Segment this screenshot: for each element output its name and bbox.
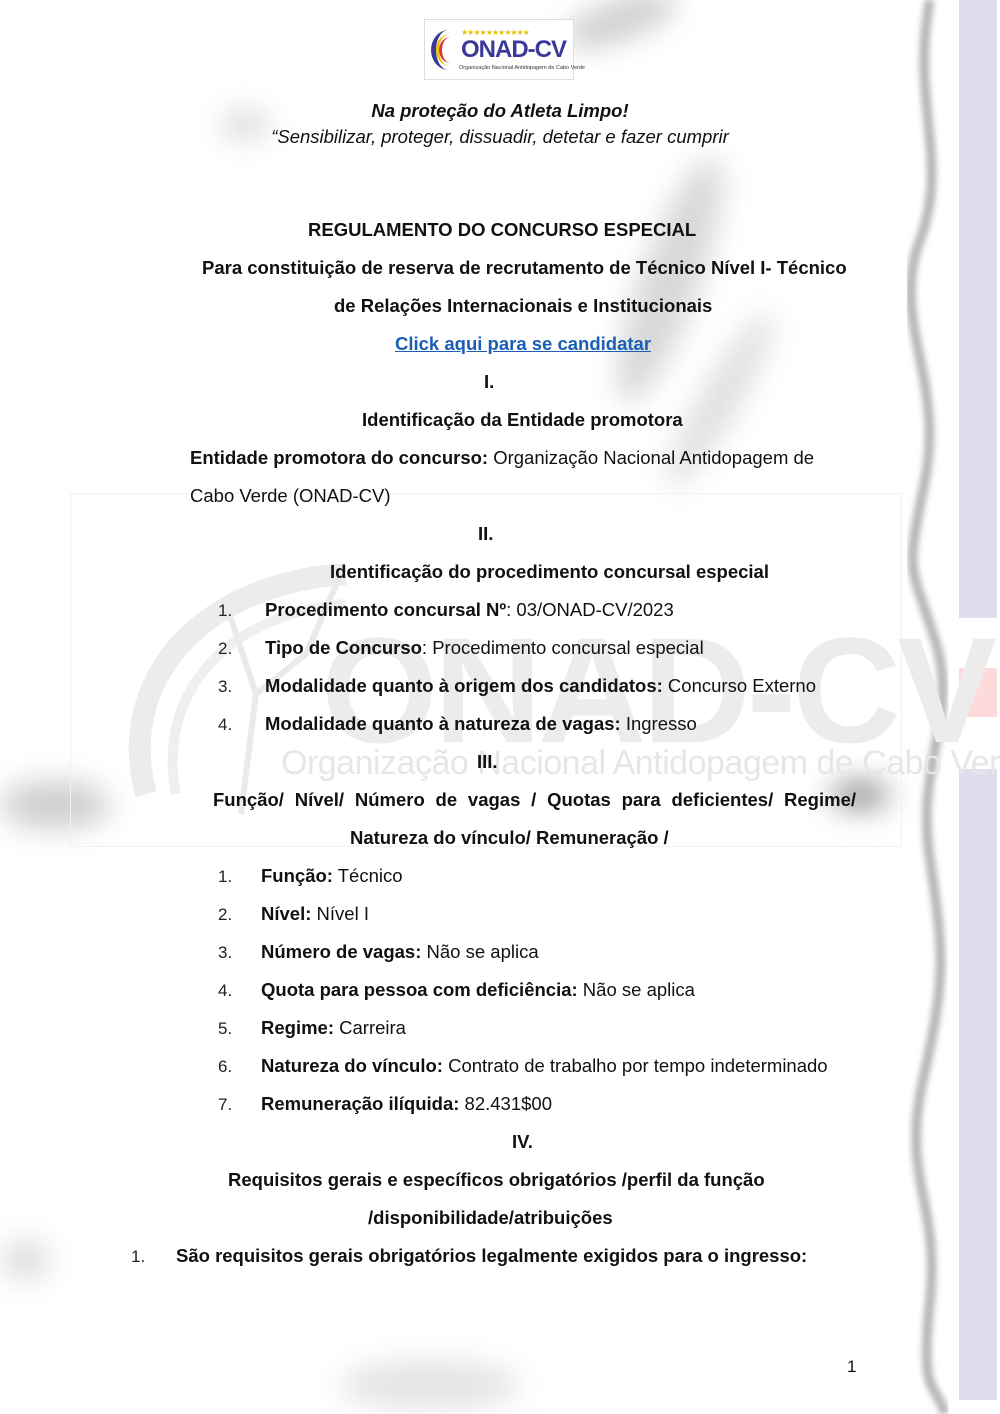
section-3-heading-line2: Natureza do vínculo/ Remuneração /	[350, 826, 669, 850]
list-item-label: Modalidade quanto à natureza de vagas:	[265, 713, 621, 734]
section-4-heading-line1: Requisitos gerais e específicos obrigató…	[228, 1168, 765, 1192]
list-item-number: 2.	[218, 903, 232, 927]
list-item-value: 82.431$00	[459, 1093, 552, 1114]
edge-strip-accent	[959, 668, 997, 717]
watermark-text: Organização Nacional Antidopagem de Cabo…	[281, 744, 1000, 783]
section-2-heading: Identificação do procedimento concursal …	[330, 560, 769, 584]
list-item-value: : Procedimento concursal especial	[422, 637, 704, 658]
section-4-heading-line2: /disponibilidade/atribuições	[368, 1206, 613, 1230]
list-item: Remuneração ilíquida: 82.431$00	[261, 1092, 552, 1116]
list-item: Modalidade quanto à natureza de vagas: I…	[265, 712, 697, 736]
list-item-number: 3.	[218, 941, 232, 965]
background-wave	[905, 0, 955, 1414]
document-title: REGULAMENTO DO CONCURSO ESPECIAL	[308, 218, 696, 242]
list-item-number: 1.	[218, 599, 232, 623]
list-item: Número de vagas: Não se aplica	[261, 940, 539, 964]
section-4-numeral: IV.	[512, 1130, 533, 1154]
list-item-label: Nível:	[261, 903, 311, 924]
list-item-number: 7.	[218, 1093, 232, 1117]
logo-brand: ONAD-CV	[461, 36, 566, 64]
list-item-label: Regime:	[261, 1017, 334, 1038]
list-item-value: Não se aplica	[421, 941, 538, 962]
list-item-number: 4.	[218, 979, 232, 1003]
list-item-value: Não se aplica	[578, 979, 695, 1000]
logo-subtitle: Organização Nacional Antidopagem de Cabo…	[459, 65, 585, 71]
requirements-item-text: São requisitos gerais obrigatórios legal…	[176, 1244, 807, 1268]
background-streak	[557, 0, 683, 59]
edge-strip	[959, 0, 997, 618]
list-item: Quota para pessoa com deficiência: Não s…	[261, 978, 695, 1002]
document-subtitle-line1: Para constituição de reserva de recrutam…	[202, 256, 847, 280]
list-item-label: Natureza do vínculo:	[261, 1055, 443, 1076]
background-streak	[0, 1240, 50, 1280]
list-item: Função: Técnico	[261, 864, 403, 888]
section-1-heading: Identificação da Entidade promotora	[362, 408, 683, 432]
motto-line2: “Sensibilizar, proteger, dissuadir, dete…	[0, 125, 1000, 149]
list-item: Modalidade quanto à origem dos candidato…	[265, 674, 816, 698]
list-item-label: Tipo de Concurso	[265, 637, 422, 658]
list-item-label: Número de vagas:	[261, 941, 421, 962]
background-streak	[0, 780, 110, 830]
list-item-value: Carreira	[334, 1017, 406, 1038]
list-item-value: : 03/ONAD-CV/2023	[506, 599, 674, 620]
list-item-number: 2.	[218, 637, 232, 661]
list-item-value: Concurso Externo	[663, 675, 816, 696]
section-2-numeral: II.	[478, 522, 493, 546]
list-item-label: Procedimento concursal Nº	[265, 599, 506, 620]
list-item-label: Remuneração ilíquida:	[261, 1093, 459, 1114]
document-subtitle-line2: de Relações Internacionais e Institucion…	[334, 294, 712, 318]
edge-strip	[959, 769, 997, 1400]
promoter-entity-cont: Cabo Verde (ONAD-CV)	[190, 484, 390, 508]
list-item: Nível: Nível I	[261, 902, 369, 926]
motto-line1: Na proteção do Atleta Limpo!	[0, 99, 1000, 123]
list-item-label: Modalidade quanto à origem dos candidato…	[265, 675, 663, 696]
onad-logo: ★★★★★★★★★★★ ONAD-CV Organização Nacional…	[424, 19, 574, 80]
list-item: Tipo de Concurso: Procedimento concursal…	[265, 636, 704, 660]
list-item-number: 4.	[218, 713, 232, 737]
list-item-value: Técnico	[333, 865, 403, 886]
apply-link[interactable]: Click aqui para se candidatar	[395, 332, 651, 356]
list-item: Natureza do vínculo: Contrato de trabalh…	[261, 1054, 828, 1078]
list-item-value: Nível I	[311, 903, 369, 924]
page-number: 1	[847, 1357, 856, 1377]
logo-arc-icon	[439, 37, 462, 63]
list-item-label: Função:	[261, 865, 333, 886]
requirements-item-number: 1.	[131, 1245, 145, 1269]
list-item-number: 6.	[218, 1055, 232, 1079]
list-item: Regime: Carreira	[261, 1016, 406, 1040]
list-item-value: Contrato de trabalho por tempo indetermi…	[443, 1055, 828, 1076]
list-item-value: Ingresso	[621, 713, 697, 734]
list-item-number: 5.	[218, 1017, 232, 1041]
list-item: Procedimento concursal Nº: 03/ONAD-CV/20…	[265, 598, 674, 622]
list-item-number: 3.	[218, 675, 232, 699]
section-3-numeral: III.	[477, 750, 498, 774]
list-item-number: 1.	[218, 865, 232, 889]
background-streak	[597, 148, 742, 413]
promoter-entity: Entidade promotora do concurso: Organiza…	[190, 446, 814, 470]
list-item-label: Quota para pessoa com deficiência:	[261, 979, 578, 1000]
section-3-heading-line1: Função/ Nível/ Número de vagas / Quotas …	[213, 788, 856, 812]
background-streak	[340, 1360, 520, 1410]
section-1-numeral: I.	[484, 370, 494, 394]
